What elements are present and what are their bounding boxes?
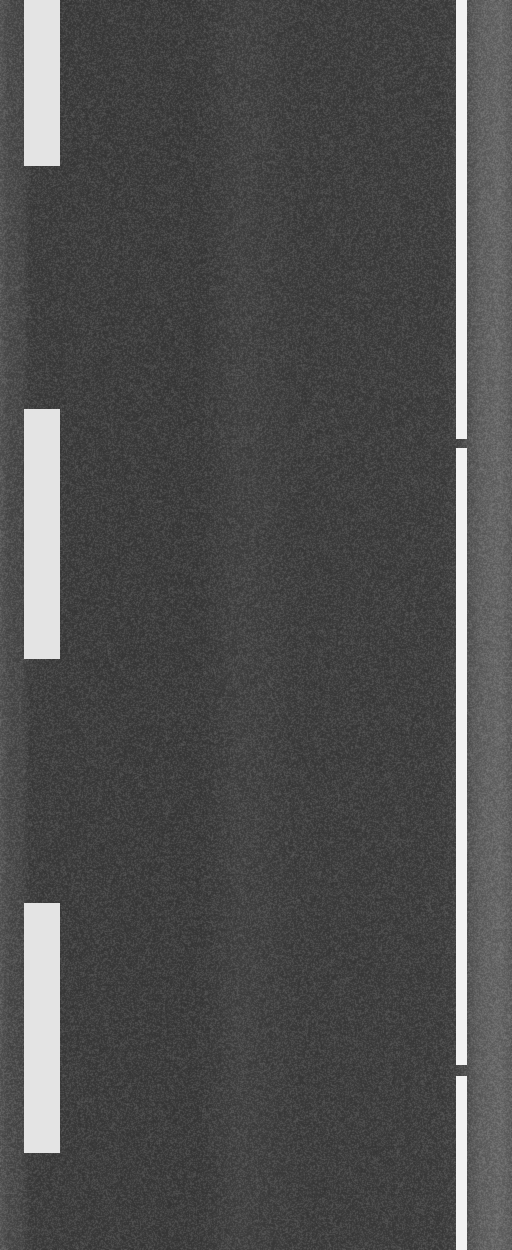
lane-dash [24,0,60,166]
edge-line [456,448,467,1066]
lane-dash [24,903,60,1153]
edge-line [456,1076,467,1250]
edge-line [456,0,467,439]
asphalt-texture [0,0,512,1250]
lane-dash [24,409,60,659]
